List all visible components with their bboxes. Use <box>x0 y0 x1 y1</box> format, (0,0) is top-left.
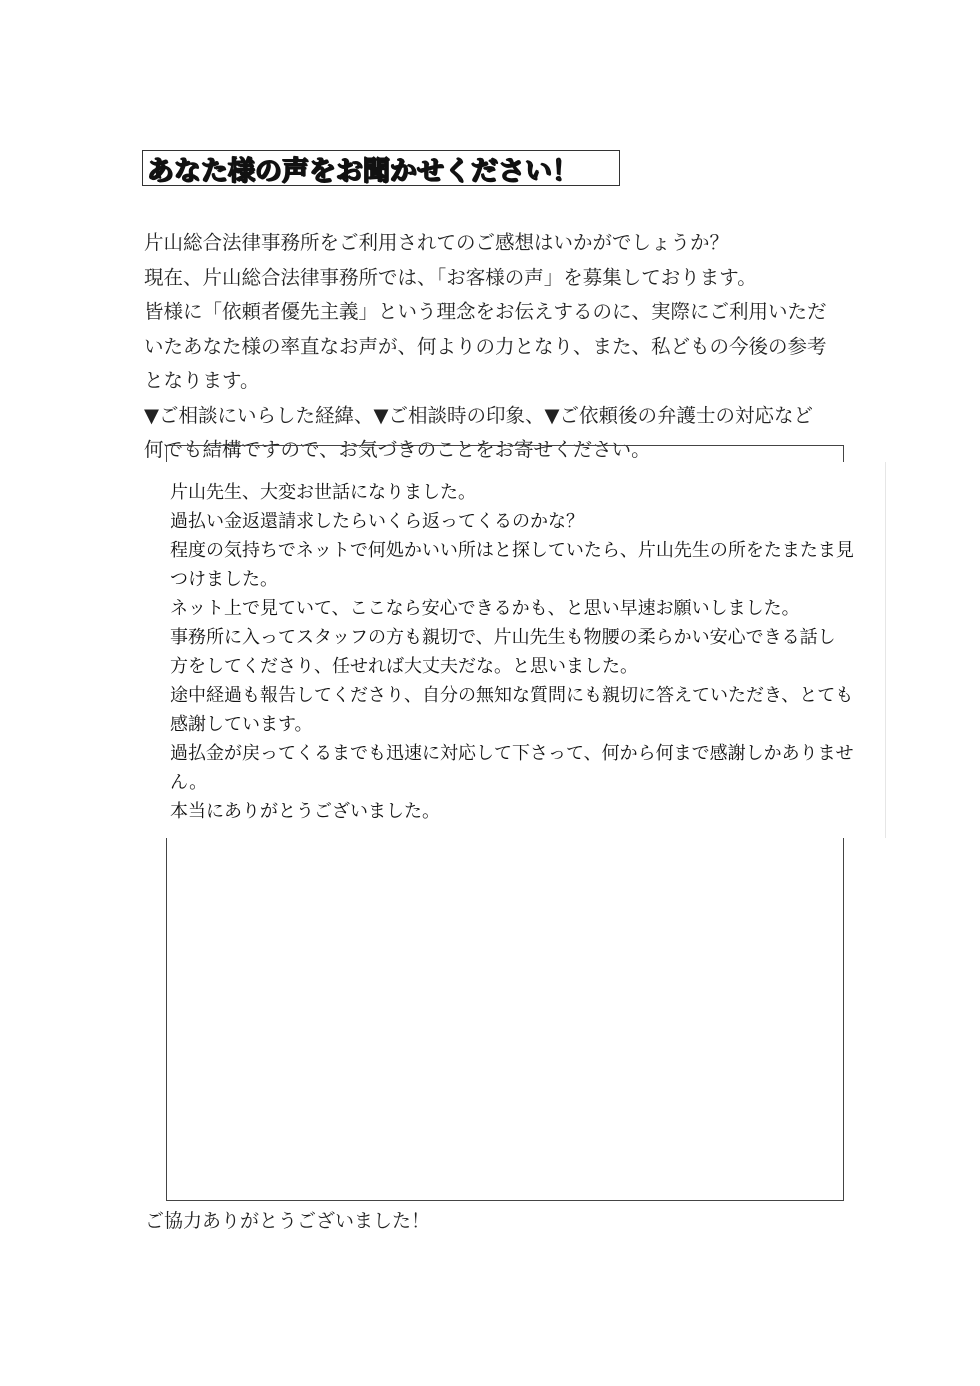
response-line: ネット上で見ていて、ここなら安心できるかも、と思い早速お願いしました。 <box>170 594 870 623</box>
response-line: ん。 <box>170 768 870 797</box>
intro-line: ▼ご相談にいらした経緯、▼ご相談時の印象、▼ご依頼後の弁護士の対応など <box>144 399 864 434</box>
intro-line: 片山総合法律事務所をご利用されてのご感想はいかがでしょうか？ <box>144 226 864 261</box>
response-line: つけました。 <box>170 565 870 594</box>
title-box: あなた様の声をお聞かせください！ <box>142 150 620 186</box>
intro-line: 皆様に「依頼者優先主義」という理念をお伝えするのに、実際にご利用いただ <box>144 295 864 330</box>
intro-line: となります。 <box>144 364 864 399</box>
response-line: 本当にありがとうございました。 <box>170 797 870 826</box>
response-line: 途中経過も報告してくださり、自分の無知な質問にも親切に答えていただき、とても <box>170 681 870 710</box>
response-line: 事務所に入ってスタッフの方も親切で、片山先生も物腰の柔らかい安心できる話し <box>170 623 870 652</box>
intro-paragraph: 片山総合法律事務所をご利用されてのご感想はいかがでしょうか？ 現在、片山総合法律… <box>144 226 864 468</box>
customer-response: 片山先生、大変お世話になりました。 過払い金返還請求したらいくら返ってくるのかな… <box>170 478 870 826</box>
response-line: 片山先生、大変お世話になりました。 <box>170 478 870 507</box>
intro-line: 現在、片山総合法律事務所では、「お客様の声」を募集しております。 <box>144 261 864 296</box>
response-line: 過払金が戻ってくるまでも迅速に対応して下さって、何から何まで感謝しかありませ <box>170 739 870 768</box>
response-line: 程度の気持ちでネットで何処かいい所はと探していたら、片山先生の所をたまたま見 <box>170 536 870 565</box>
response-line: 方をしてくださり、任せれば大丈夫だな。と思いました。 <box>170 652 870 681</box>
intro-line: いたあなた様の率直なお声が、何よりの力となり、また、私どもの今後の参考 <box>144 330 864 365</box>
response-line: 感謝しています。 <box>170 710 870 739</box>
thanks-message: ご協力ありがとうございました！ <box>145 1206 430 1233</box>
response-line: 過払い金返還請求したらいくら返ってくるのかな？ <box>170 507 870 536</box>
page-title: あなた様の声をお聞かせください！ <box>147 149 579 188</box>
